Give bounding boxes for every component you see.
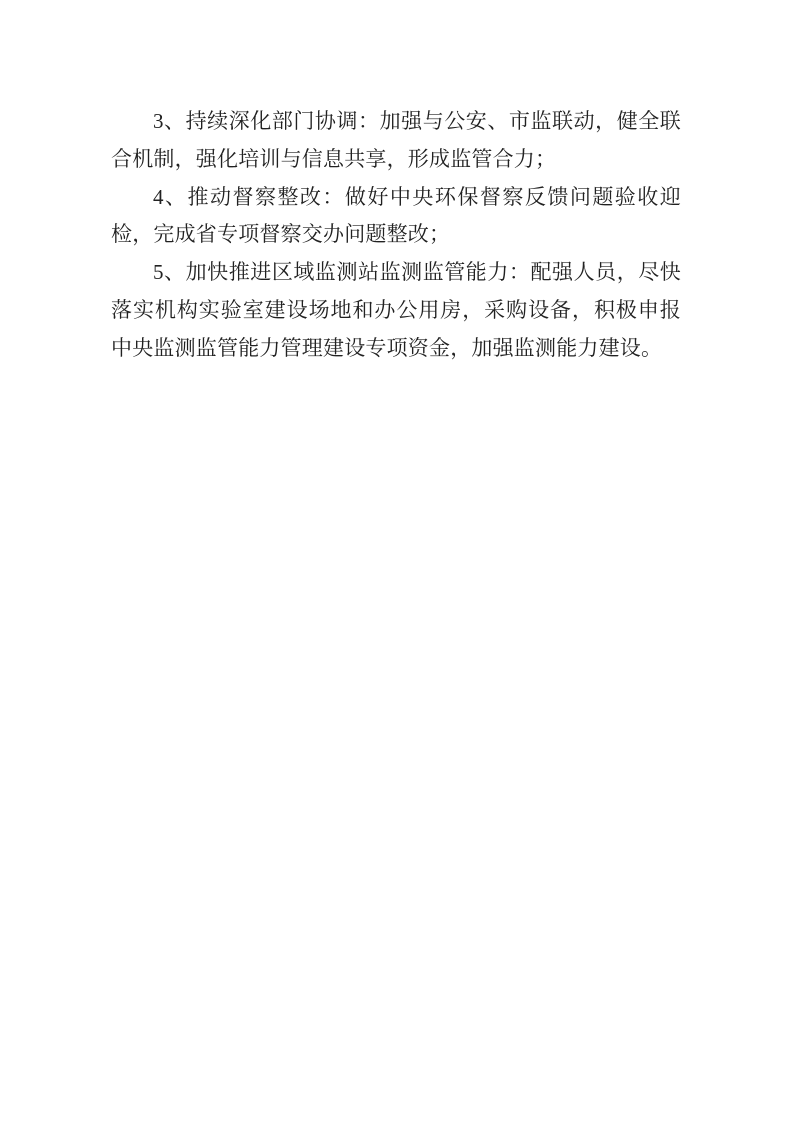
- document-page: 3、持续深化部门协调：加强与公安、市监联动，健全联 合机制，强化培训与信息共享，…: [0, 0, 793, 1122]
- paragraph-item-4: 4、推动督察整改：做好中央环保督察反馈问题验收迎 检，完成省专项督察交办问题整改…: [111, 179, 681, 255]
- paragraph-3-line-1: 3、持续深化部门协调：加强与公安、市监联动，健全联: [111, 103, 681, 141]
- paragraph-4-line-1: 4、推动督察整改：做好中央环保督察反馈问题验收迎: [111, 179, 681, 217]
- paragraph-5-line-1: 5、加快推进区域监测站监测监管能力：配强人员，尽快: [111, 254, 681, 292]
- paragraph-5-line-3: 中央监测监管能力管理建设专项资金，加强监测能力建设。: [111, 330, 681, 368]
- paragraph-item-3: 3、持续深化部门协调：加强与公安、市监联动，健全联 合机制，强化培训与信息共享，…: [111, 103, 681, 179]
- document-body: 3、持续深化部门协调：加强与公安、市监联动，健全联 合机制，强化培训与信息共享，…: [111, 103, 681, 368]
- paragraph-item-5: 5、加快推进区域监测站监测监管能力：配强人员，尽快 落实机构实验室建设场地和办公…: [111, 254, 681, 367]
- paragraph-4-line-2: 检，完成省专项督察交办问题整改；: [111, 216, 681, 254]
- paragraph-3-line-2: 合机制，强化培训与信息共享，形成监管合力；: [111, 141, 681, 179]
- paragraph-5-line-2: 落实机构实验室建设场地和办公用房，采购设备，积极申报: [111, 292, 681, 330]
